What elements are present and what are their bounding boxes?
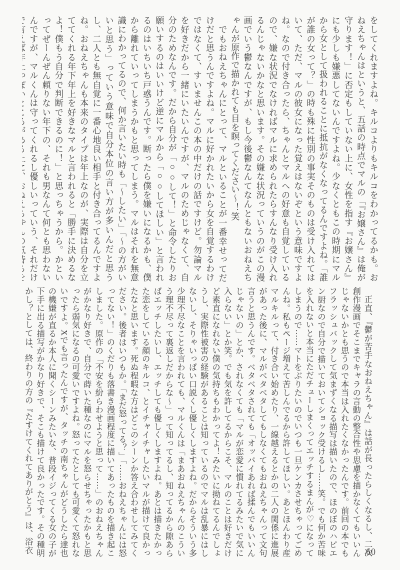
doujinshi-afterword-page: をしてくれますよね。キルコよりもキルコをわかってるかも。おねえちゃんはというと、… [0, 0, 400, 570]
afterword-paragraph: をしてくれますよね。キルコよりもキルコをわかってるかも。おねえちゃんはというと、… [229, 16, 380, 282]
page-number: 60 [366, 547, 376, 557]
afterword-text-block-bottom: 正直、『鬱が苦手なおねえちゃん』は話が長ったらしくなるし、二次創作漫画でそこまで… [18, 287, 374, 557]
afterword-paragraph: 正直、『鬱が苦手なおねえちゃん』は話が長ったらしくなるし、二次創作漫画でそこまで… [23, 287, 374, 557]
afterword-paragraph: でもおねえちゃんにとって、マルといることが一番幸せってだけだと思うんですよね。マ… [22, 16, 229, 282]
afterword-text-block-top: をしてくれますよね。キルコよりもキルコをわかってるかも。おねえちゃんはというと、… [22, 16, 380, 282]
